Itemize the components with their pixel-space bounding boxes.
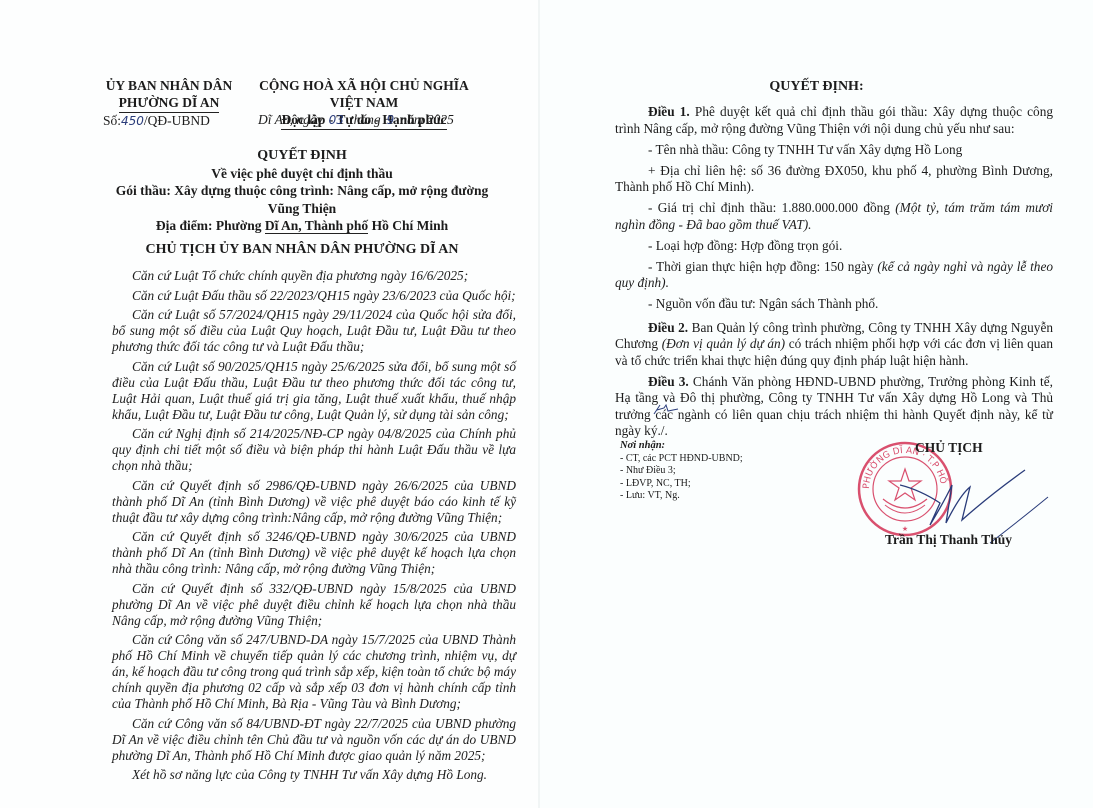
article-3: Điều 3. Chánh Văn phòng HĐND-UBND phường… bbox=[615, 374, 1053, 440]
decision-title: QUYẾT ĐỊNH Về việc phê duyệt chỉ định th… bbox=[92, 147, 512, 235]
recipient-item: - LĐVP, NC, TH; bbox=[620, 478, 743, 491]
legal-basis-item: Căn cứ Công văn số 84/UBND-ĐT ngày 22/7/… bbox=[112, 716, 516, 764]
decision-heading: QUYẾT ĐỊNH: bbox=[540, 79, 1093, 95]
contract-type: - Loại hợp đồng: Hợp đồng trọn gói. bbox=[615, 238, 1053, 255]
legal-basis-item: Căn cứ Luật Đấu thầu số 22/2023/QH15 ngà… bbox=[112, 288, 516, 304]
signer-title: CHỦ TỊCH bbox=[915, 440, 983, 456]
decision-articles: Điều 1. Phê duyệt kết quả chỉ định thầu … bbox=[615, 104, 1053, 444]
package-name: Gói thầu: Xây dựng thuộc công trình: Nân… bbox=[92, 182, 512, 200]
document-number: Số:450/QĐ-UBND bbox=[103, 113, 210, 129]
contract-value: - Giá trị chỉ định thầu: 1.880.000.000 đ… bbox=[615, 200, 1053, 233]
contractor-name: - Tên nhà thầu: Công ty TNHH Tư vấn Xây … bbox=[615, 142, 1053, 159]
article-2: Điều 2. Ban Quản lý công trình phường, C… bbox=[615, 320, 1053, 370]
signer-name: Trần Thị Thanh Thủy bbox=[885, 532, 1012, 548]
recipients-label: Nơi nhận: bbox=[620, 440, 743, 453]
recipient-item: - Lưu: VT, Ng. bbox=[620, 490, 743, 503]
recipients-block: Nơi nhận: - CT, các PCT HĐND-UBND; - Như… bbox=[620, 440, 743, 503]
legal-basis-item: Căn cứ Luật số 90/2025/QH15 ngày 25/6/20… bbox=[112, 359, 516, 423]
handwritten-number: 450 bbox=[121, 114, 144, 128]
legal-basis-list: Căn cứ Luật Tổ chức chính quyền địa phươ… bbox=[112, 268, 516, 787]
funding-source: - Nguồn vốn đầu tư: Ngân sách Thành phố. bbox=[615, 296, 1053, 313]
handwritten-month: 9 bbox=[381, 113, 401, 127]
legal-basis-item: Căn cứ Quyết định số 3246/QĐ-UBND ngày 3… bbox=[112, 529, 516, 577]
handwritten-day: 03 bbox=[323, 113, 350, 127]
recipient-item: - Như Điều 3; bbox=[620, 465, 743, 478]
location: Địa điểm: Phường Dĩ An, Thành phố Hồ Chí… bbox=[92, 217, 512, 235]
issuing-agency: ỦY BAN NHÂN DÂN PHƯỜNG DĨ AN bbox=[96, 77, 242, 113]
legal-basis-item: Căn cứ Công văn số 247/UBND-DA ngày 15/7… bbox=[112, 632, 516, 712]
nation-name: CỘNG HOÀ XÃ HỘI CHỦ NGHĨA VIỆT NAM bbox=[246, 77, 482, 111]
legal-basis-item: Căn cứ Nghị định số 214/2025/NĐ-CP ngày … bbox=[112, 426, 516, 474]
document-page-left: ỦY BAN NHÂN DÂN PHƯỜNG DĨ AN Số:450/QĐ-U… bbox=[0, 0, 540, 808]
initials-mark-icon bbox=[652, 402, 680, 416]
article-1: Điều 1. Phê duyệt kết quả chỉ định thầu … bbox=[615, 104, 1053, 137]
legal-basis-item: Căn cứ Luật Tổ chức chính quyền địa phươ… bbox=[112, 268, 516, 284]
recipient-item: - CT, các PCT HĐND-UBND; bbox=[620, 453, 743, 466]
subject: Về việc phê duyệt chỉ định thầu bbox=[92, 165, 512, 183]
contract-duration: - Thời gian thực hiện hợp đồng: 150 ngày… bbox=[615, 259, 1053, 292]
legal-basis-item: Căn cứ Luật số 57/2024/QH15 ngày 29/11/2… bbox=[112, 307, 516, 355]
issue-date: Dĩ An, ngày03tháng9năm 2025 bbox=[258, 112, 454, 128]
contractor-address: + Địa chỉ liên hệ: số 36 đường ĐX050, kh… bbox=[615, 163, 1053, 196]
legal-basis-item: Căn cứ Quyết định số 2986/QĐ-UBND ngày 2… bbox=[112, 478, 516, 526]
legal-basis-item: Căn cứ Quyết định số 332/QĐ-UBND ngày 15… bbox=[112, 581, 516, 629]
package-name-cont: Vũng Thiện bbox=[92, 200, 512, 218]
agency-name: ỦY BAN NHÂN DÂN bbox=[96, 77, 242, 94]
agency-ward: PHƯỜNG DĨ AN bbox=[119, 94, 220, 113]
doc-type: QUYẾT ĐỊNH bbox=[92, 147, 512, 165]
legal-basis-item: Xét hồ sơ năng lực của Công ty TNHH Tư v… bbox=[112, 767, 516, 783]
authority-heading: CHỦ TỊCH ỦY BAN NHÂN DÂN PHƯỜNG DĨ AN bbox=[92, 242, 512, 258]
